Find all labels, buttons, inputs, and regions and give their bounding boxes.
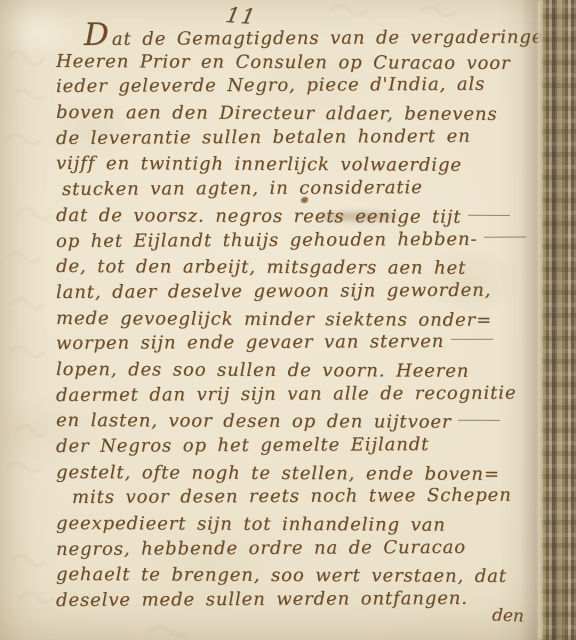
ghost-squiggle [12,298,43,308]
manuscript-line: stucken van agten, in consideratie [62,175,542,203]
page-curl-shadow [498,0,542,640]
ghost-squiggle [330,6,367,15]
ghost-squiggle [16,425,47,436]
ghost-squiggle [8,463,41,472]
manuscript-line: op het Eijlandt thuijs gehouden hebben- [56,226,542,254]
ghost-squiggle [18,208,50,219]
manuscript-line: deselve mede sullen werden ontfangen. [56,586,542,614]
ghost-squiggle [8,51,44,65]
manuscript-line: der Negros op het gemelte Eijlandt [56,431,542,459]
manuscript-line: de leverantie sullen betalen hondert en [56,123,542,151]
manuscript-page: 11 Dat de Gemagtigdens van de vergaderin… [0,0,576,640]
ghost-squiggle [420,7,455,16]
ghost-squiggle [20,592,52,602]
book-fore-edge [541,0,576,640]
ghost-squiggle [10,347,44,357]
manuscript-line: negros, hebbende ordre na de Curacao [56,534,542,562]
ghost-squiggle [6,135,41,144]
manuscript-text: Dat de Gemagtigdens van de vergaderinge … [56,23,542,614]
ghost-squiggle [150,627,187,636]
ghost-squiggle [14,89,45,98]
manuscript-line: mits voor desen reets noch twee Schepen [72,483,542,511]
manuscript-line: daermet dan vrij sijn van alle de recogn… [56,380,542,408]
manuscript-line: lant, daer deselve gewoon sijn geworden, [56,277,542,305]
manuscript-photo: 11 Dat de Gemagtigdens van de vergaderin… [0,0,576,640]
ghost-squiggle [8,252,40,262]
ghost-squiggle [12,555,45,565]
manuscript-line: ieder geleverde Negro, piece d'India, al… [56,72,542,100]
manuscript-line: Dat de Gemagtigdens van de vergaderinge [84,21,542,49]
manuscript-line: worpen sijn ende gevaer van sterven [56,329,542,357]
